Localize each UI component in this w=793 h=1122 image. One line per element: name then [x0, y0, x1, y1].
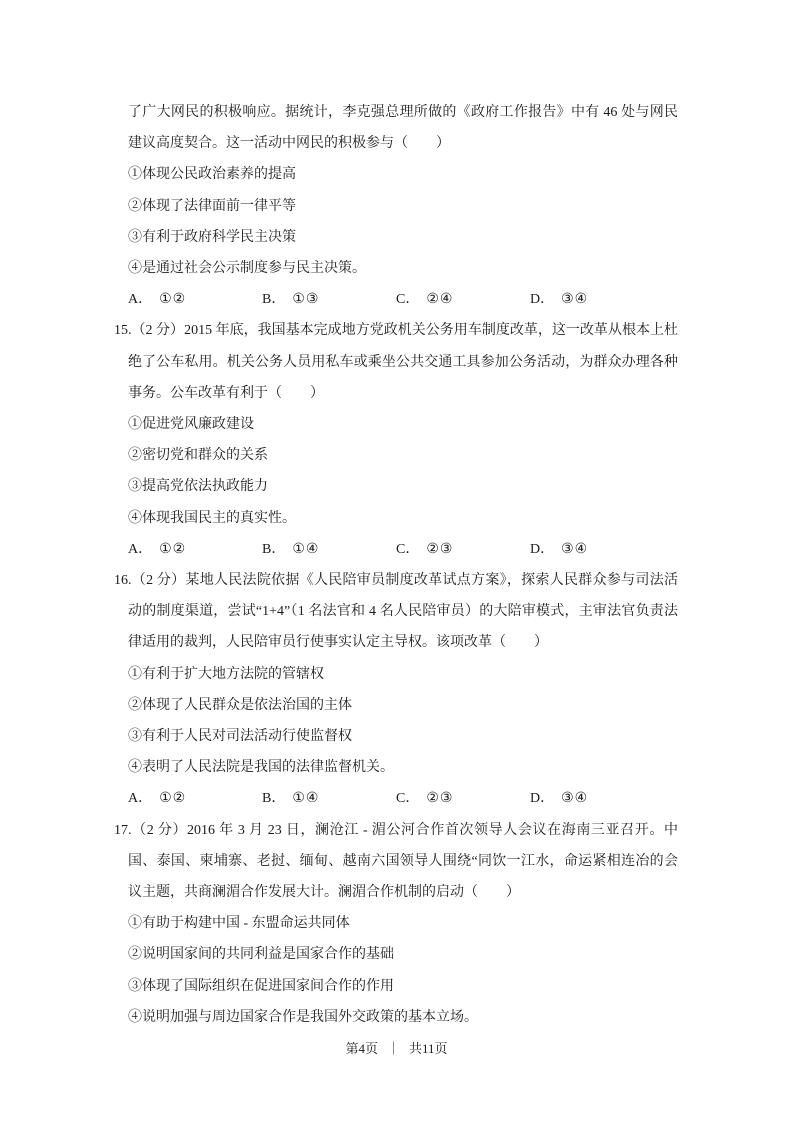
- option-letter: B．: [262, 542, 285, 557]
- page-content: 了广大网民的积极响应。据统计，李克强总理所做的《政府工作报告》中有 46 处与网…: [114, 97, 678, 1033]
- choice-item-4: ④表明了人民法院是我国的法律监督机关。: [114, 752, 678, 783]
- option-letter: C．: [396, 791, 419, 806]
- choice-item-1: ①体现公民政治素养的提高: [114, 159, 678, 190]
- option-b: B．①④: [262, 783, 396, 814]
- choice-item-2: ②体现了人民群众是依法治国的主体: [114, 690, 678, 721]
- option-letter: B．: [262, 791, 285, 806]
- question-number: 16.: [114, 573, 132, 588]
- choice-item-2: ②说明国家间的共同利益是国家合作的基础: [114, 939, 678, 970]
- question-stem: 了广大网民的积极响应。据统计，李克强总理所做的《政府工作报告》中有 46 处与网…: [114, 97, 678, 159]
- options-row: A．①② B．①③ C．②④ D．③④: [114, 284, 678, 315]
- choice-item-3: ③提高党依法执政能力: [114, 471, 678, 502]
- choice-item-1: ①有助于构建中国 - 东盟命运共同体: [114, 908, 678, 939]
- choice-item-3: ③体现了国际组织在促进国家间合作的作用: [114, 971, 678, 1002]
- question-stem-text: （2 分）2016 年 3 月 23 日，澜沧江 - 湄公河合作首次领导人会议在…: [128, 823, 678, 900]
- option-value: ①③: [292, 292, 319, 307]
- option-letter: A．: [128, 791, 152, 806]
- question-stem-text: 了广大网民的积极响应。据统计，李克强总理所做的《政府工作报告》中有 46 处与网…: [128, 105, 678, 151]
- document-page: 了广大网民的积极响应。据统计，李克强总理所做的《政府工作报告》中有 46 处与网…: [0, 0, 793, 1122]
- option-letter: A．: [128, 292, 152, 307]
- choice-item-1: ①有利于扩大地方法院的管辖权: [114, 659, 678, 690]
- option-value: ③④: [561, 791, 588, 806]
- option-letter: A．: [128, 542, 152, 557]
- option-value: ②③: [426, 542, 453, 557]
- choice-item-4: ④说明加强与周边国家合作是我国外交政策的基本立场。: [114, 1002, 678, 1033]
- options-row: A．①② B．①④ C．②③ D．③④: [114, 783, 678, 814]
- question-stem: 15.（2 分）2015 年底，我国基本完成地方党政机关公务用车制度改革，这一改…: [114, 315, 678, 409]
- option-value: ②③: [426, 791, 453, 806]
- option-value: ③④: [561, 292, 588, 307]
- option-b: B．①③: [262, 284, 396, 315]
- choice-item-2: ②密切党和群众的关系: [114, 440, 678, 471]
- option-letter: D．: [530, 292, 554, 307]
- option-c: C．②③: [396, 534, 530, 565]
- options-row: A．①② B．①④ C．②③ D．③④: [114, 534, 678, 565]
- question-block-16: 16.（2 分）某地人民法院依据《人民陪审员制度改革试点方案》，探索人民群众参与…: [114, 565, 678, 815]
- choice-item-1: ①促进党风廉政建设: [114, 409, 678, 440]
- question-block-17: 17.（2 分）2016 年 3 月 23 日，澜沧江 - 湄公河合作首次领导人…: [114, 815, 678, 1033]
- question-stem-text: （2 分）2015 年底，我国基本完成地方党政机关公务用车制度改革，这一改革从根…: [128, 323, 678, 400]
- question-number: 17.: [114, 823, 132, 838]
- choice-item-4: ④是通过社会公示制度参与民主决策。: [114, 253, 678, 284]
- option-value: ③④: [561, 542, 588, 557]
- option-value: ②④: [426, 292, 453, 307]
- choice-item-2: ②体现了法律面前一律平等: [114, 191, 678, 222]
- page-footer: 第4页｜共11页: [0, 1041, 793, 1057]
- question-stem: 17.（2 分）2016 年 3 月 23 日，澜沧江 - 湄公河合作首次领导人…: [114, 815, 678, 909]
- option-value: ①②: [159, 542, 186, 557]
- footer-separator: ｜: [387, 1041, 400, 1057]
- option-value: ①④: [292, 791, 319, 806]
- question-stem-text: （2 分）某地人民法院依据《人民陪审员制度改革试点方案》，探索人民群众参与司法活…: [128, 573, 678, 650]
- option-d: D．③④: [530, 284, 588, 315]
- option-a: A．①②: [128, 284, 262, 315]
- option-value: ①④: [292, 542, 319, 557]
- footer-total-pages: 共11页: [409, 1041, 448, 1056]
- option-value: ①②: [159, 791, 186, 806]
- choice-item-4: ④体现我国民主的真实性。: [114, 503, 678, 534]
- footer-page-number: 第4页: [345, 1041, 378, 1056]
- option-letter: C．: [396, 292, 419, 307]
- option-d: D．③④: [530, 534, 588, 565]
- question-number: 15.: [114, 323, 132, 338]
- question-stem: 16.（2 分）某地人民法院依据《人民陪审员制度改革试点方案》，探索人民群众参与…: [114, 565, 678, 659]
- option-a: A．①②: [128, 534, 262, 565]
- option-value: ①②: [159, 292, 186, 307]
- option-letter: B．: [262, 292, 285, 307]
- option-d: D．③④: [530, 783, 588, 814]
- option-a: A．①②: [128, 783, 262, 814]
- option-b: B．①④: [262, 534, 396, 565]
- option-letter: D．: [530, 542, 554, 557]
- option-c: C．②④: [396, 284, 530, 315]
- question-block-14: 了广大网民的积极响应。据统计，李克强总理所做的《政府工作报告》中有 46 处与网…: [114, 97, 678, 315]
- question-block-15: 15.（2 分）2015 年底，我国基本完成地方党政机关公务用车制度改革，这一改…: [114, 315, 678, 565]
- choice-item-3: ③有利于政府科学民主决策: [114, 222, 678, 253]
- option-letter: C．: [396, 542, 419, 557]
- choice-item-3: ③有利于人民对司法活动行使监督权: [114, 721, 678, 752]
- option-letter: D．: [530, 791, 554, 806]
- option-c: C．②③: [396, 783, 530, 814]
